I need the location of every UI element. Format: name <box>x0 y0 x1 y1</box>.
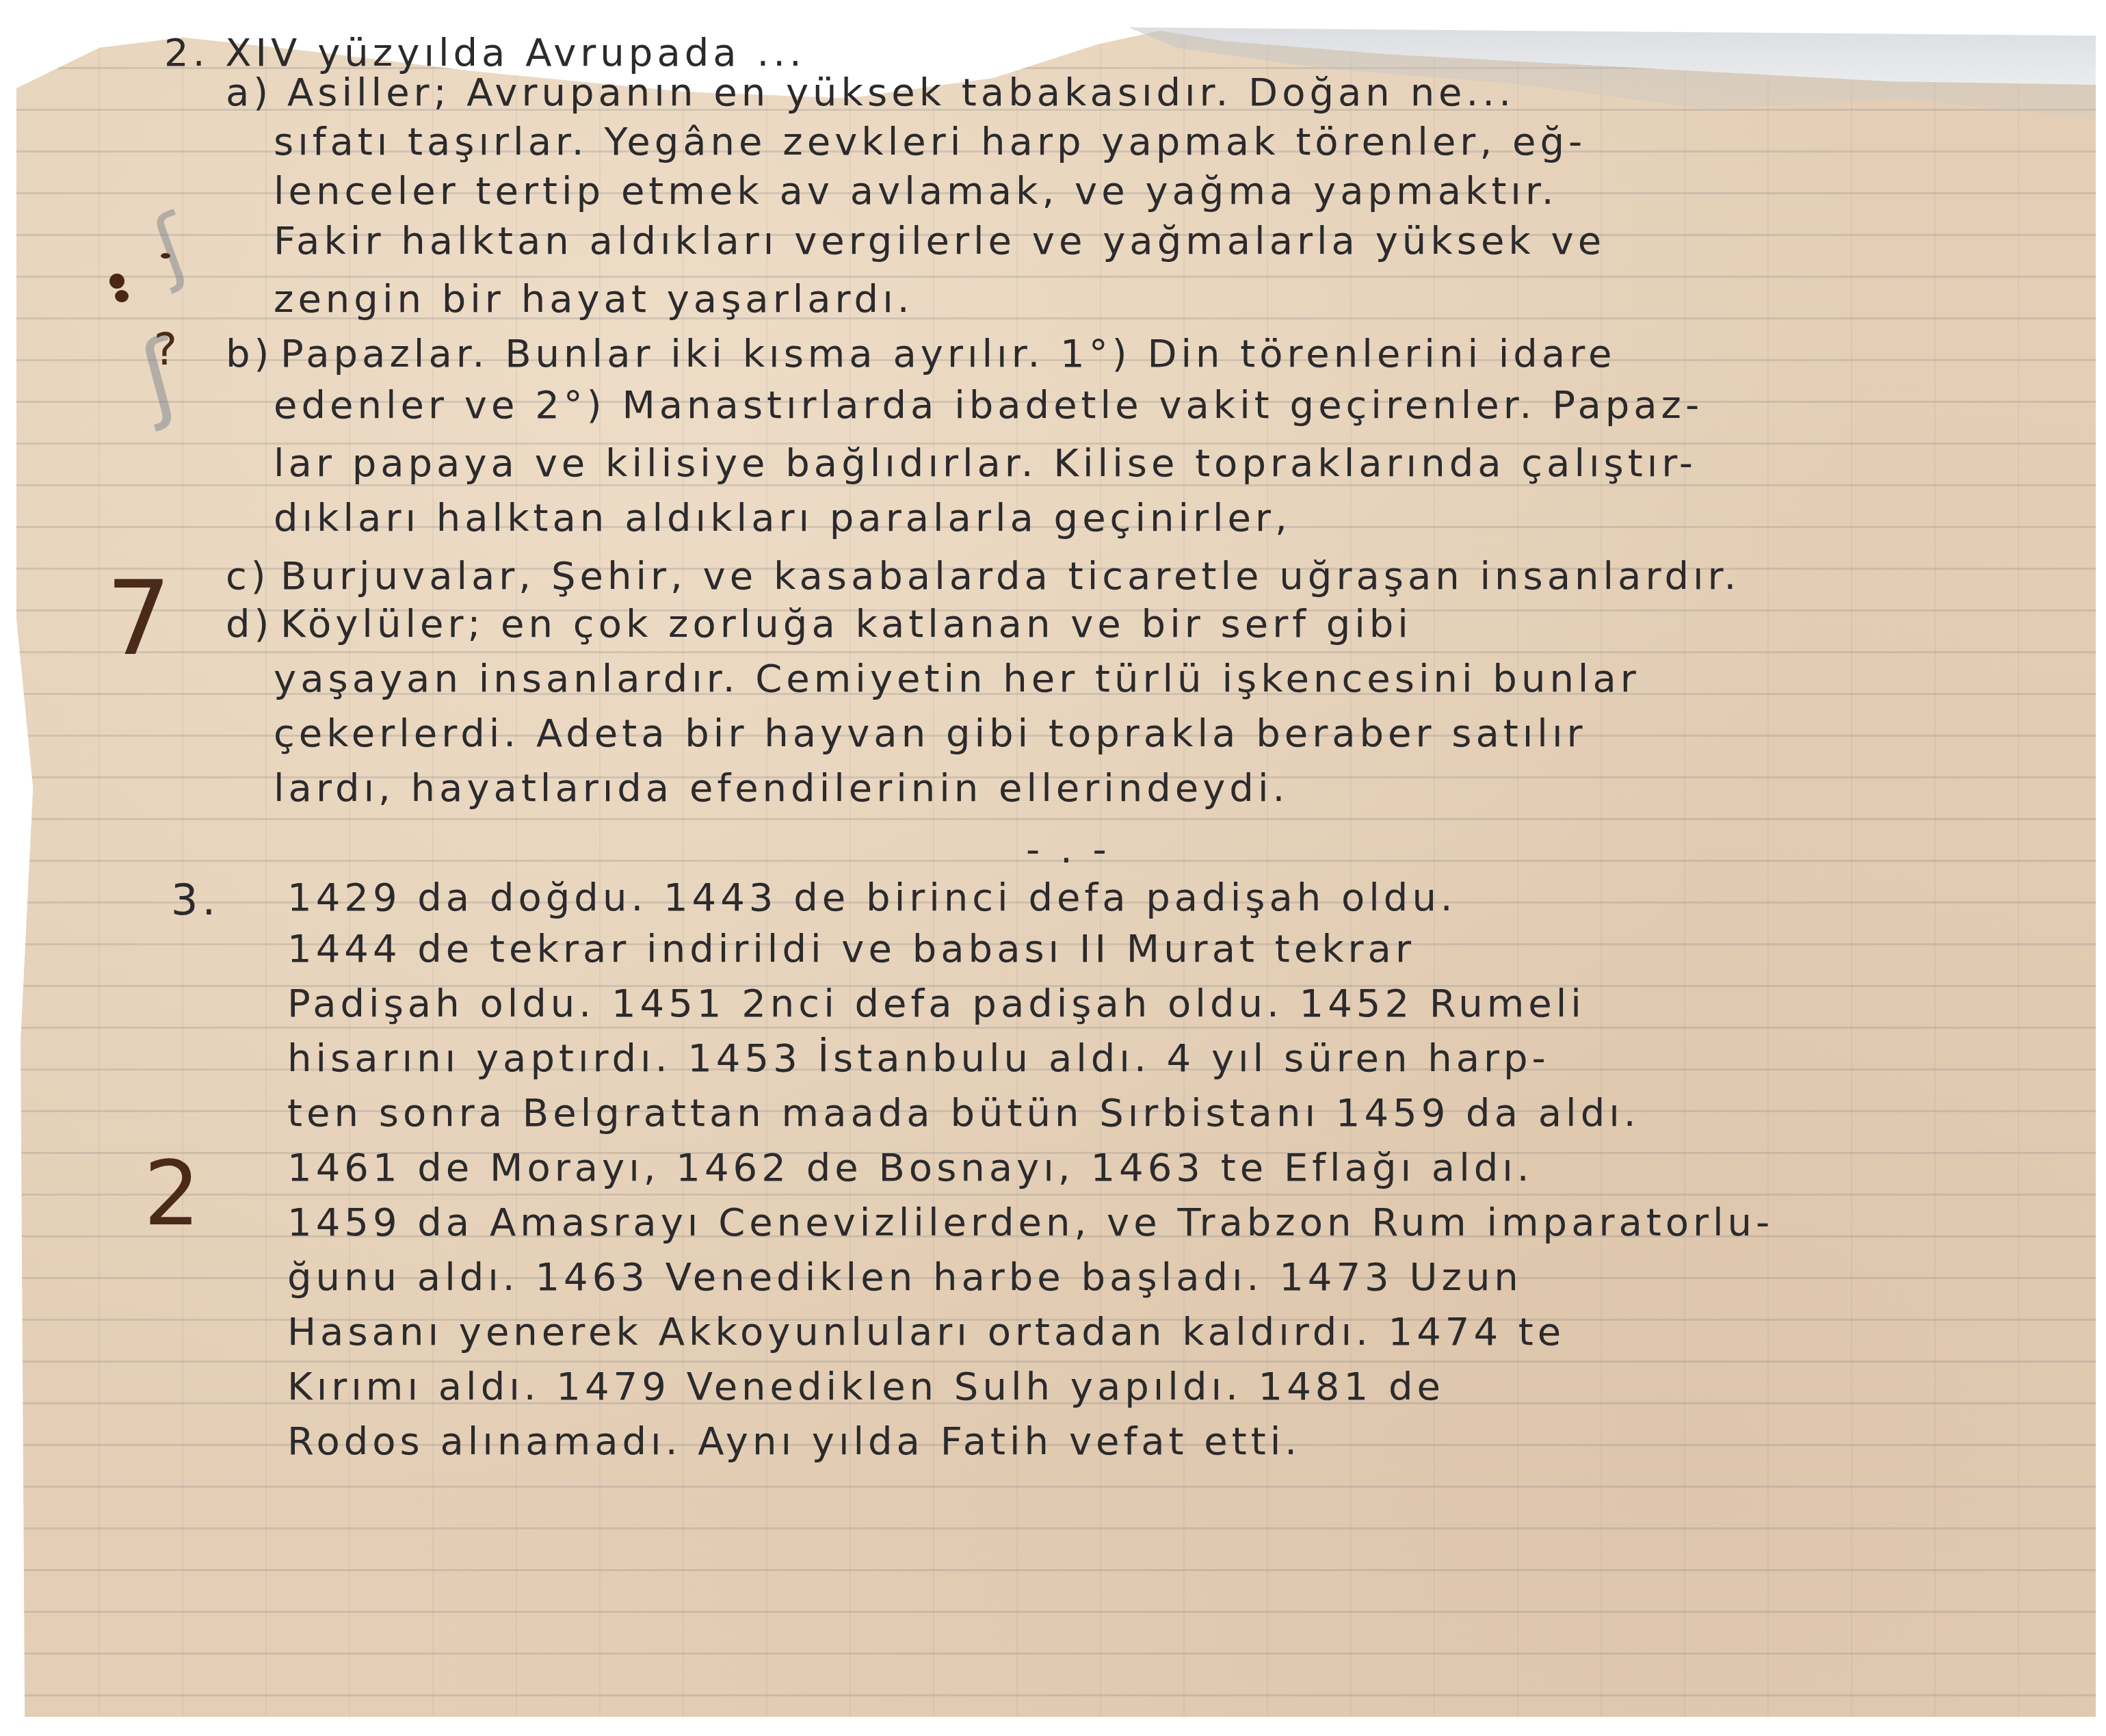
item-b-line: Papazlar. Bunlar iki kısma ayrılır. 1°) … <box>280 335 1616 373</box>
item-b-line: edenler ve 2°) Manastırlarda ibadetle va… <box>274 386 1703 425</box>
item-c-line: Burjuvalar, Şehir, ve kasabalarda ticare… <box>280 557 1740 596</box>
item-b-line: dıkları halktan aldıkları paralarla geçi… <box>274 499 1291 538</box>
item-c-label: c) <box>226 557 270 596</box>
section-3-line: 1429 da doğdu. 1443 de birinci defa padi… <box>287 879 1457 917</box>
section-separator: - . - <box>1026 831 1111 869</box>
section-3-line: 1459 da Amasrayı Cenevizlilerden, ve Tra… <box>287 1204 1774 1242</box>
section-2-heading: 2. XIV yüzyılda Avrupada ... <box>164 34 806 73</box>
item-a-label: a) <box>226 74 272 112</box>
margin-mark-3: 2 <box>144 1149 205 1238</box>
section-3-line: 1461 de Morayı, 1462 de Bosnayı, 1463 te… <box>287 1149 1534 1187</box>
margin-mark-cd: 7 <box>106 568 175 670</box>
ink-blot <box>109 274 124 289</box>
item-b-label: b) <box>226 335 273 373</box>
item-a-line: Fakir halktan aldıkları vergilerle ve ya… <box>274 222 1605 261</box>
section-3-line: ten sonra Belgrattan maada bütün Sırbist… <box>287 1094 1640 1133</box>
item-a-line: Asiller; Avrupanın en yüksek tabakasıdır… <box>287 74 1515 112</box>
item-d-line: lardı, hayatlarıda efendilerinin ellerin… <box>274 770 1289 808</box>
item-d-label: d) <box>226 605 273 644</box>
item-a-line: sıfatı taşırlar. Yegâne zevkleri harp ya… <box>274 123 1586 161</box>
section-3-line: 1444 de tekrar indirildi ve babası II Mu… <box>287 930 1415 969</box>
section-3-number: 3. <box>171 879 220 921</box>
item-d-line: yaşayan insanlardır. Cemiyetin her türlü… <box>274 660 1640 698</box>
margin-mark-b: ? <box>154 328 181 372</box>
ink-blot <box>161 253 170 259</box>
item-a-line: lenceler tertip etmek av avlamak, ve yağ… <box>274 172 1558 211</box>
section-3-line: ğunu aldı. 1463 Venediklen harbe başladı… <box>287 1259 1523 1297</box>
ink-blot <box>115 290 129 302</box>
section-3-line: Padişah oldu. 1451 2nci defa padişah old… <box>287 985 1585 1023</box>
item-b-line: lar papaya ve kilisiye bağlıdırlar. Kili… <box>274 445 1697 483</box>
section-3-line: Rodos alınamadı. Aynı yılda Fatih vefat … <box>287 1423 1301 1461</box>
section-3-line: hisarını yaptırdı. 1453 İstanbulu aldı. … <box>287 1040 1550 1078</box>
item-a-line: zengin bir hayat yaşarlardı. <box>274 280 913 319</box>
item-d-line: çekerlerdi. Adeta bir hayvan gibi toprak… <box>274 715 1586 753</box>
section-3-line: Kırımı aldı. 1479 Venediklen Sulh yapıld… <box>287 1368 1445 1406</box>
item-d-line: Köylüler; en çok zorluğa katlanan ve bir… <box>280 605 1412 644</box>
section-3-line: Hasanı yenerek Akkoyunluları ortadan kal… <box>287 1313 1565 1352</box>
